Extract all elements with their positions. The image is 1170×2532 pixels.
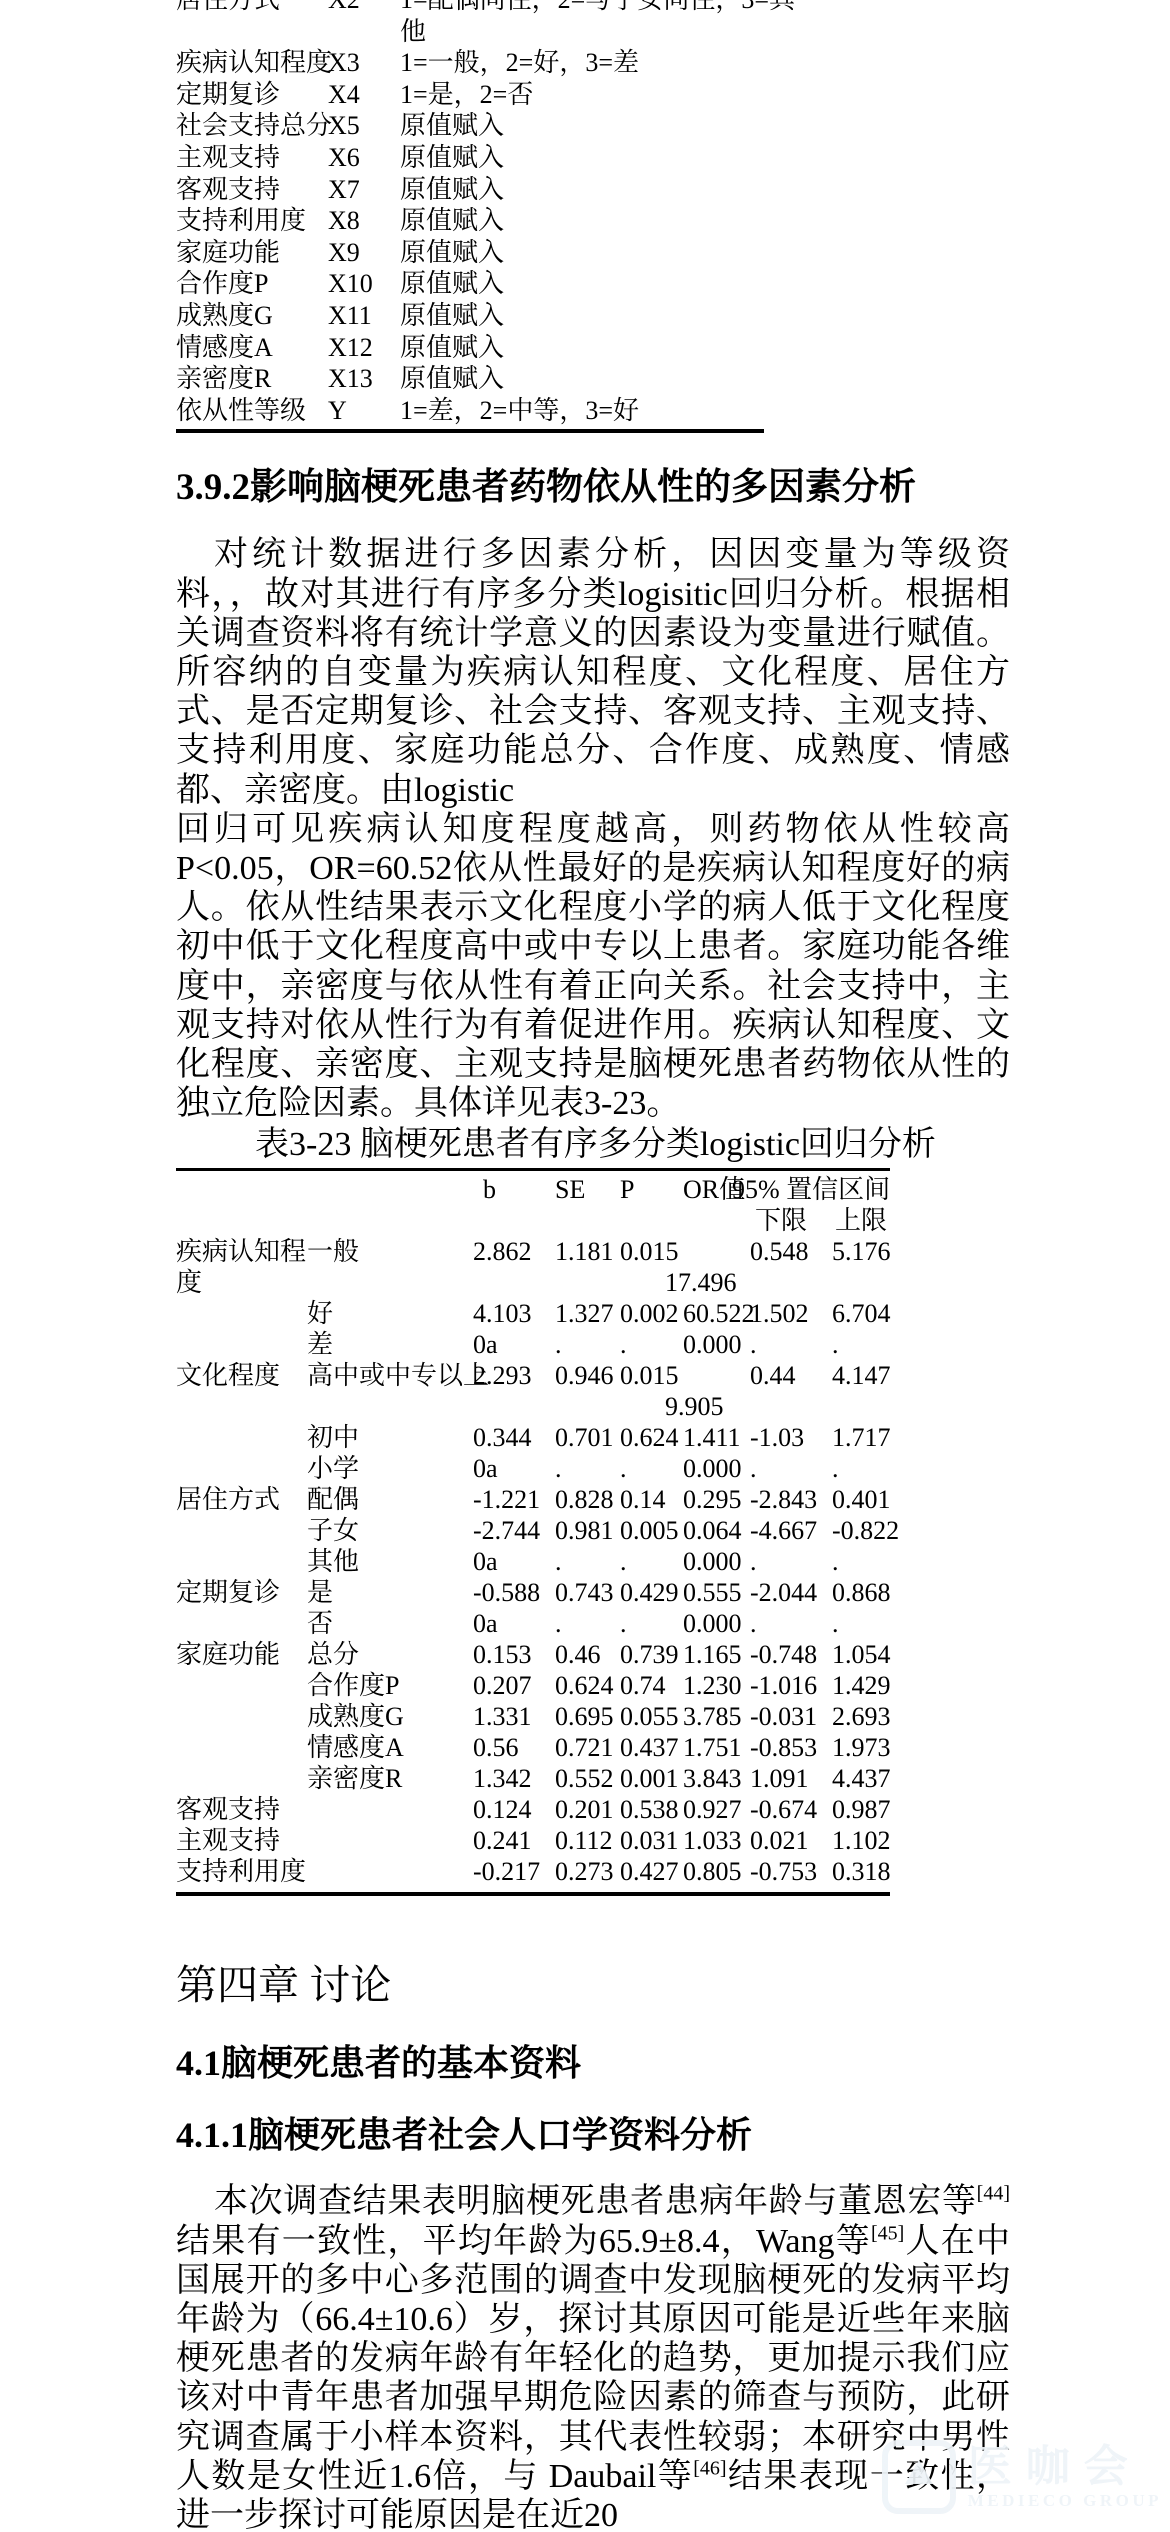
cell-or: 60.522 <box>683 1298 750 1329</box>
variable-label: 依从性等级 <box>176 395 328 427</box>
cell-category <box>176 1763 307 1794</box>
cell-category: 定期复诊 <box>176 1577 307 1608</box>
table-row: 合作度P0.2070.6240.741.230-1.0161.429 <box>176 1670 890 1701</box>
table-row: 客观支持0.1240.2010.5380.927-0.6740.987 <box>176 1794 890 1825</box>
page-content: 居住方式X21=配偶同住，2=与子女同住，3=其他疾病认知程度X31=一般，2=… <box>176 0 1010 2532</box>
table-row: 成熟度G1.3310.6950.0553.785-0.0312.693 <box>176 1701 890 1732</box>
cell-category <box>176 1670 307 1701</box>
cell-level: 小学 <box>307 1453 473 1484</box>
cell-lower: -2.044 <box>750 1577 832 1608</box>
cell-p: 0.429 <box>620 1577 683 1608</box>
cell-p: 0.74 <box>620 1670 683 1701</box>
variable-value: 原值赋入 <box>400 174 764 206</box>
cell-se: 0.721 <box>555 1732 620 1763</box>
assignment-row: 合作度PX10原值赋入 <box>176 268 764 300</box>
cell-lower: 0.44 <box>750 1360 832 1422</box>
cell-or: 3.843 <box>683 1763 750 1794</box>
variable-code: X9 <box>328 237 400 269</box>
assignment-row: 情感度AX12原值赋入 <box>176 332 764 364</box>
cell-or: 0.295 <box>683 1484 750 1515</box>
table-row: 其他0a..0.000.. <box>176 1546 890 1577</box>
table-row: 文化程度高中或中专以上2.2930.9460.015 9.9050.444.14… <box>176 1360 890 1422</box>
cell-lower: -1.016 <box>750 1670 832 1701</box>
cell-b: -0.588 <box>473 1577 555 1608</box>
cell-category: 疾病认知程度 <box>176 1236 307 1298</box>
variable-code: Y <box>328 395 400 427</box>
cell-b: 0a <box>473 1329 555 1360</box>
cell-upper: 1.973 <box>832 1732 890 1763</box>
regression-table-header-row-1: b SE P OR值 95% 置信区间 <box>176 1174 890 1205</box>
cell-level: 子女 <box>307 1515 473 1546</box>
table-row: 好4.1031.3270.00260.5221.5026.704 <box>176 1298 890 1329</box>
variable-value: 原值赋入 <box>400 363 764 395</box>
cell-category <box>176 1701 307 1732</box>
cell-p: 0.14 <box>620 1484 683 1515</box>
cell-b: 0a <box>473 1453 555 1484</box>
variable-code: X10 <box>328 268 400 300</box>
variable-value: 原值赋入 <box>400 332 764 364</box>
assignment-row: 疾病认知程度X31=一般，2=好，3=差 <box>176 47 764 79</box>
variable-value: 原值赋入 <box>400 300 764 332</box>
cell-p: 0.001 <box>620 1763 683 1794</box>
citation-reference: [44] <box>977 2183 1010 2205</box>
regression-table-body: 疾病认知程度一般2.8621.1810.015 17.4960.5485.176… <box>176 1236 890 1887</box>
cell-level: 否 <box>307 1608 473 1639</box>
variable-value: 1=是，2=否 <box>400 79 764 111</box>
cell-category <box>176 1732 307 1763</box>
cell-b: 0a <box>473 1608 555 1639</box>
cell-level <box>307 1794 473 1825</box>
cell-p: 0.005 <box>620 1515 683 1546</box>
cell-b: 0.207 <box>473 1670 555 1701</box>
table-row: 差0a..0.000.. <box>176 1329 890 1360</box>
cell-or: 1.033 <box>683 1825 750 1856</box>
cell-p: 0.002 <box>620 1298 683 1329</box>
assignment-row: 定期复诊X41=是，2=否 <box>176 79 764 111</box>
cell-se: 0.695 <box>555 1701 620 1732</box>
cell-upper: . <box>832 1453 890 1484</box>
variable-label: 定期复诊 <box>176 79 328 111</box>
cell-se: 0.273 <box>555 1856 620 1887</box>
cell-category <box>176 1515 307 1546</box>
cell-p: 0.437 <box>620 1732 683 1763</box>
cell-lower: . <box>750 1608 832 1639</box>
cell-upper: 0.401 <box>832 1484 890 1515</box>
variable-label: 成熟度G <box>176 300 328 332</box>
table-row: 定期复诊是-0.5880.7430.4290.555-2.0440.868 <box>176 1577 890 1608</box>
variable-label: 客观支持 <box>176 174 328 206</box>
cell-se: . <box>555 1546 620 1577</box>
cell-or: 1.230 <box>683 1670 750 1701</box>
variable-value: 原值赋入 <box>400 205 764 237</box>
section-3-9-2-paragraph-1: 对统计数据进行多因素分析，因因变量为等级资料，，故对其进行有序多分类logisi… <box>176 535 1010 809</box>
cell-lower: -0.753 <box>750 1856 832 1887</box>
header-upper-limit: 上限 <box>832 1205 890 1236</box>
cell-upper: 5.176 <box>832 1236 890 1298</box>
cell-b: 2.293 <box>473 1360 555 1422</box>
variable-value: 原值赋入 <box>400 110 764 142</box>
variable-label: 合作度P <box>176 268 328 300</box>
section-3-9-2-heading: 3.9.2影响脑梗死患者药物依从性的多因素分析 <box>176 465 1010 511</box>
cell-upper: 1.429 <box>832 1670 890 1701</box>
cell-upper: 2.693 <box>832 1701 890 1732</box>
cell-category <box>176 1298 307 1329</box>
variable-label: 亲密度R <box>176 363 328 395</box>
cell-or: 0.555 <box>683 1577 750 1608</box>
cell-or: 1.411 <box>683 1422 750 1453</box>
table-row: 家庭功能总分0.1530.460.7391.165-0.7481.054 <box>176 1639 890 1670</box>
cell-or: 0.927 <box>683 1794 750 1825</box>
table-row: 子女-2.7440.9810.0050.064-4.667-0.822 <box>176 1515 890 1546</box>
header-b: b <box>473 1174 555 1205</box>
cell-lower: -2.843 <box>750 1484 832 1515</box>
assignment-row: 社会支持总分X5原值赋入 <box>176 110 764 142</box>
cell-upper: 1.102 <box>832 1825 890 1856</box>
cell-upper: -0.822 <box>832 1515 890 1546</box>
cell-category <box>176 1546 307 1577</box>
cell-level: 合作度P <box>307 1670 473 1701</box>
section-4-1-heading: 4.1脑梗死患者的基本资料 <box>176 2040 1010 2086</box>
cell-b: -2.744 <box>473 1515 555 1546</box>
cell-level: 一般 <box>307 1236 473 1298</box>
cell-level: 成熟度G <box>307 1701 473 1732</box>
table-row: 主观支持0.2410.1120.0311.0330.0211.102 <box>176 1825 890 1856</box>
table-3-23-caption: 表3-23 脑梗死患者有序多分类logistic回归分析 <box>176 1125 1010 1165</box>
cell-upper: 0.987 <box>832 1794 890 1825</box>
cell-p: 0.739 <box>620 1639 683 1670</box>
cell-or: 0.000 <box>683 1453 750 1484</box>
cell-p: 0.624 <box>620 1422 683 1453</box>
variable-label: 社会支持总分 <box>176 110 328 142</box>
regression-table: b SE P OR值 95% 置信区间 下限 上限 疾病认知程度一般2.8621… <box>176 1168 890 1896</box>
cell-level: 配偶 <box>307 1484 473 1515</box>
cell-b: 0.56 <box>473 1732 555 1763</box>
cell-b: 1.331 <box>473 1701 555 1732</box>
cell-se: 0.552 <box>555 1763 620 1794</box>
cell-upper: 1.717 <box>832 1422 890 1453</box>
cell-or: 0.064 <box>683 1515 750 1546</box>
cell-lower: -0.031 <box>750 1701 832 1732</box>
cell-level <box>307 1825 473 1856</box>
cell-se: 0.701 <box>555 1422 620 1453</box>
variable-label: 情感度A <box>176 332 328 364</box>
cell-p: . <box>620 1453 683 1484</box>
cell-or: 1.751 <box>683 1732 750 1763</box>
cell-lower: . <box>750 1546 832 1577</box>
cell-lower: -4.667 <box>750 1515 832 1546</box>
cell-b: 0.153 <box>473 1639 555 1670</box>
cell-b: 2.862 <box>473 1236 555 1298</box>
cell-category <box>176 1608 307 1639</box>
header-se: SE <box>555 1174 620 1205</box>
cell-upper: . <box>832 1546 890 1577</box>
cell-se: 0.112 <box>555 1825 620 1856</box>
cell-level: 其他 <box>307 1546 473 1577</box>
assignment-row: 支持利用度X8原值赋入 <box>176 205 764 237</box>
cell-upper: 4.437 <box>832 1763 890 1794</box>
cell-se: 0.743 <box>555 1577 620 1608</box>
assignment-row: 主观支持X6原值赋入 <box>176 142 764 174</box>
cell-p: . <box>620 1329 683 1360</box>
cell-category <box>176 1329 307 1360</box>
variable-code: X11 <box>328 300 400 332</box>
variable-value: 原值赋入 <box>400 142 764 174</box>
variable-value: 原值赋入 <box>400 268 764 300</box>
variable-assignment-table: 居住方式X21=配偶同住，2=与子女同住，3=其他疾病认知程度X31=一般，2=… <box>176 0 764 433</box>
table-row: 初中0.3440.7010.6241.411-1.031.717 <box>176 1422 890 1453</box>
table-row: 情感度A0.560.7210.4371.751-0.8531.973 <box>176 1732 890 1763</box>
cell-or: 0.000 <box>683 1329 750 1360</box>
table-row: 疾病认知程度一般2.8621.1810.015 17.4960.5485.176 <box>176 1236 890 1298</box>
header-p: P <box>620 1174 683 1205</box>
cell-lower: 0.548 <box>750 1236 832 1298</box>
cell-se: 0.828 <box>555 1484 620 1515</box>
cell-se: . <box>555 1329 620 1360</box>
variable-code: X5 <box>328 110 400 142</box>
variable-code: X12 <box>328 332 400 364</box>
regression-table-header-row-2: 下限 上限 <box>176 1205 890 1236</box>
cell-level: 情感度A <box>307 1732 473 1763</box>
assignment-row: 亲密度RX13原值赋入 <box>176 363 764 395</box>
cell-lower: . <box>750 1329 832 1360</box>
variable-code: X6 <box>328 142 400 174</box>
cell-or: 3.785 <box>683 1701 750 1732</box>
cell-b: 1.342 <box>473 1763 555 1794</box>
cell-level: 高中或中专以上 <box>307 1360 473 1422</box>
cell-lower: . <box>750 1453 832 1484</box>
cell-lower: -0.674 <box>750 1794 832 1825</box>
cell-lower: 1.091 <box>750 1763 832 1794</box>
cell-se: 1.181 <box>555 1236 620 1298</box>
cell-lower: -0.853 <box>750 1732 832 1763</box>
cell-category: 文化程度 <box>176 1360 307 1422</box>
variable-code: X3 <box>328 47 400 79</box>
cell-category: 居住方式 <box>176 1484 307 1515</box>
cell-lower: 0.021 <box>750 1825 832 1856</box>
cell-lower: 1.502 <box>750 1298 832 1329</box>
cell-upper: 0.318 <box>832 1856 890 1887</box>
cell-lower: -1.03 <box>750 1422 832 1453</box>
table-row: 支持利用度-0.2170.2730.4270.805-0.7530.318 <box>176 1856 890 1887</box>
cell-level: 亲密度R <box>307 1763 473 1794</box>
cell-p: . <box>620 1608 683 1639</box>
cell-or: 0.000 <box>683 1546 750 1577</box>
cell-or: 1.165 <box>683 1639 750 1670</box>
header-spacer <box>176 1174 307 1205</box>
cell-p: 0.538 <box>620 1794 683 1825</box>
cell-b: 0a <box>473 1546 555 1577</box>
variable-label: 支持利用度 <box>176 205 328 237</box>
cell-or: 0.805 <box>683 1856 750 1887</box>
cell-category: 主观支持 <box>176 1825 307 1856</box>
cell-se: 0.201 <box>555 1794 620 1825</box>
cell-upper: 4.147 <box>832 1360 890 1422</box>
variable-value: 1=一般，2=好，3=差 <box>400 47 764 79</box>
table-row: 小学0a..0.000.. <box>176 1453 890 1484</box>
section-3-9-2-paragraph-2: 回归可见疾病认知度程度越高，则药物依从性较高P<0.05，OR=60.52依从性… <box>176 810 1010 1124</box>
cell-se: 0.946 <box>555 1360 620 1422</box>
cell-b: 0.124 <box>473 1794 555 1825</box>
cell-category <box>176 1422 307 1453</box>
variable-code: X4 <box>328 79 400 111</box>
assignment-row: 依从性等级Y1=差，2=中等，3=好 <box>176 395 764 427</box>
cell-b: 0.344 <box>473 1422 555 1453</box>
cell-or: 17.496 <box>683 1236 750 1298</box>
cell-b: -1.221 <box>473 1484 555 1515</box>
cell-category: 家庭功能 <box>176 1639 307 1670</box>
cell-level: 差 <box>307 1329 473 1360</box>
variable-value: 1=配偶同住，2=与子女同住，3=其他 <box>400 0 795 47</box>
variable-label: 居住方式 <box>176 0 328 47</box>
variable-code: X2 <box>328 0 400 47</box>
cell-category: 支持利用度 <box>176 1856 307 1887</box>
cell-se: . <box>555 1608 620 1639</box>
cell-p: 0.031 <box>620 1825 683 1856</box>
cell-se: . <box>555 1453 620 1484</box>
cell-b: 4.103 <box>473 1298 555 1329</box>
header-confidence-interval: 95% 置信区间 <box>732 1174 890 1205</box>
document-page: 居住方式X21=配偶同住，2=与子女同住，3=其他疾病认知程度X31=一般，2=… <box>0 0 1170 2532</box>
table-row: 亲密度R1.3420.5520.0013.8431.0914.437 <box>176 1763 890 1794</box>
cell-level: 好 <box>307 1298 473 1329</box>
variable-code: X13 <box>328 363 400 395</box>
cell-level <box>307 1856 473 1887</box>
cell-p: . <box>620 1546 683 1577</box>
table-row: 否0a..0.000.. <box>176 1608 890 1639</box>
cell-category: 客观支持 <box>176 1794 307 1825</box>
header-lower-limit: 下限 <box>750 1205 832 1236</box>
assignment-row: 居住方式X21=配偶同住，2=与子女同住，3=其他 <box>176 0 764 47</box>
variable-value: 原值赋入 <box>400 237 764 269</box>
cell-or: 0.000 <box>683 1608 750 1639</box>
table-row: 居住方式配偶-1.2210.8280.140.295-2.8430.401 <box>176 1484 890 1515</box>
cell-upper: . <box>832 1329 890 1360</box>
cell-level: 是 <box>307 1577 473 1608</box>
cell-p: 0.055 <box>620 1701 683 1732</box>
cell-se: 0.981 <box>555 1515 620 1546</box>
variable-code: X8 <box>328 205 400 237</box>
cell-level: 初中 <box>307 1422 473 1453</box>
cell-upper: . <box>832 1608 890 1639</box>
cell-se: 0.46 <box>555 1639 620 1670</box>
citation-reference: [46] <box>693 2457 726 2479</box>
variable-label: 主观支持 <box>176 142 328 174</box>
cell-upper: 6.704 <box>832 1298 890 1329</box>
variable-code: X7 <box>328 174 400 206</box>
assignment-row: 成熟度GX11原值赋入 <box>176 300 764 332</box>
header-spacer <box>307 1174 473 1205</box>
variable-label: 疾病认知程度 <box>176 47 328 79</box>
cell-se: 1.327 <box>555 1298 620 1329</box>
variable-label: 家庭功能 <box>176 237 328 269</box>
citation-reference: [45] <box>871 2222 904 2244</box>
discussion-paragraph: 本次调查结果表明脑梗死患者患病年龄与董恩宏等[44]结果有一致性，平均年龄为65… <box>176 2182 1010 2532</box>
cell-p: 0.427 <box>620 1856 683 1887</box>
cell-category <box>176 1453 307 1484</box>
cell-b: -0.217 <box>473 1856 555 1887</box>
cell-lower: -0.748 <box>750 1639 832 1670</box>
cell-level: 总分 <box>307 1639 473 1670</box>
assignment-row: 家庭功能X9原值赋入 <box>176 237 764 269</box>
section-4-1-1-heading: 4.1.1脑梗死患者社会人口学资料分析 <box>176 2112 1010 2158</box>
chapter-4-heading: 第四章 讨论 <box>176 1960 1010 2010</box>
cell-or: 9.905 <box>683 1360 750 1422</box>
assignment-row: 客观支持X7原值赋入 <box>176 174 764 206</box>
cell-se: 0.624 <box>555 1670 620 1701</box>
variable-value: 1=差，2=中等，3=好 <box>400 395 764 427</box>
cell-upper: 0.868 <box>832 1577 890 1608</box>
cell-b: 0.241 <box>473 1825 555 1856</box>
cell-upper: 1.054 <box>832 1639 890 1670</box>
